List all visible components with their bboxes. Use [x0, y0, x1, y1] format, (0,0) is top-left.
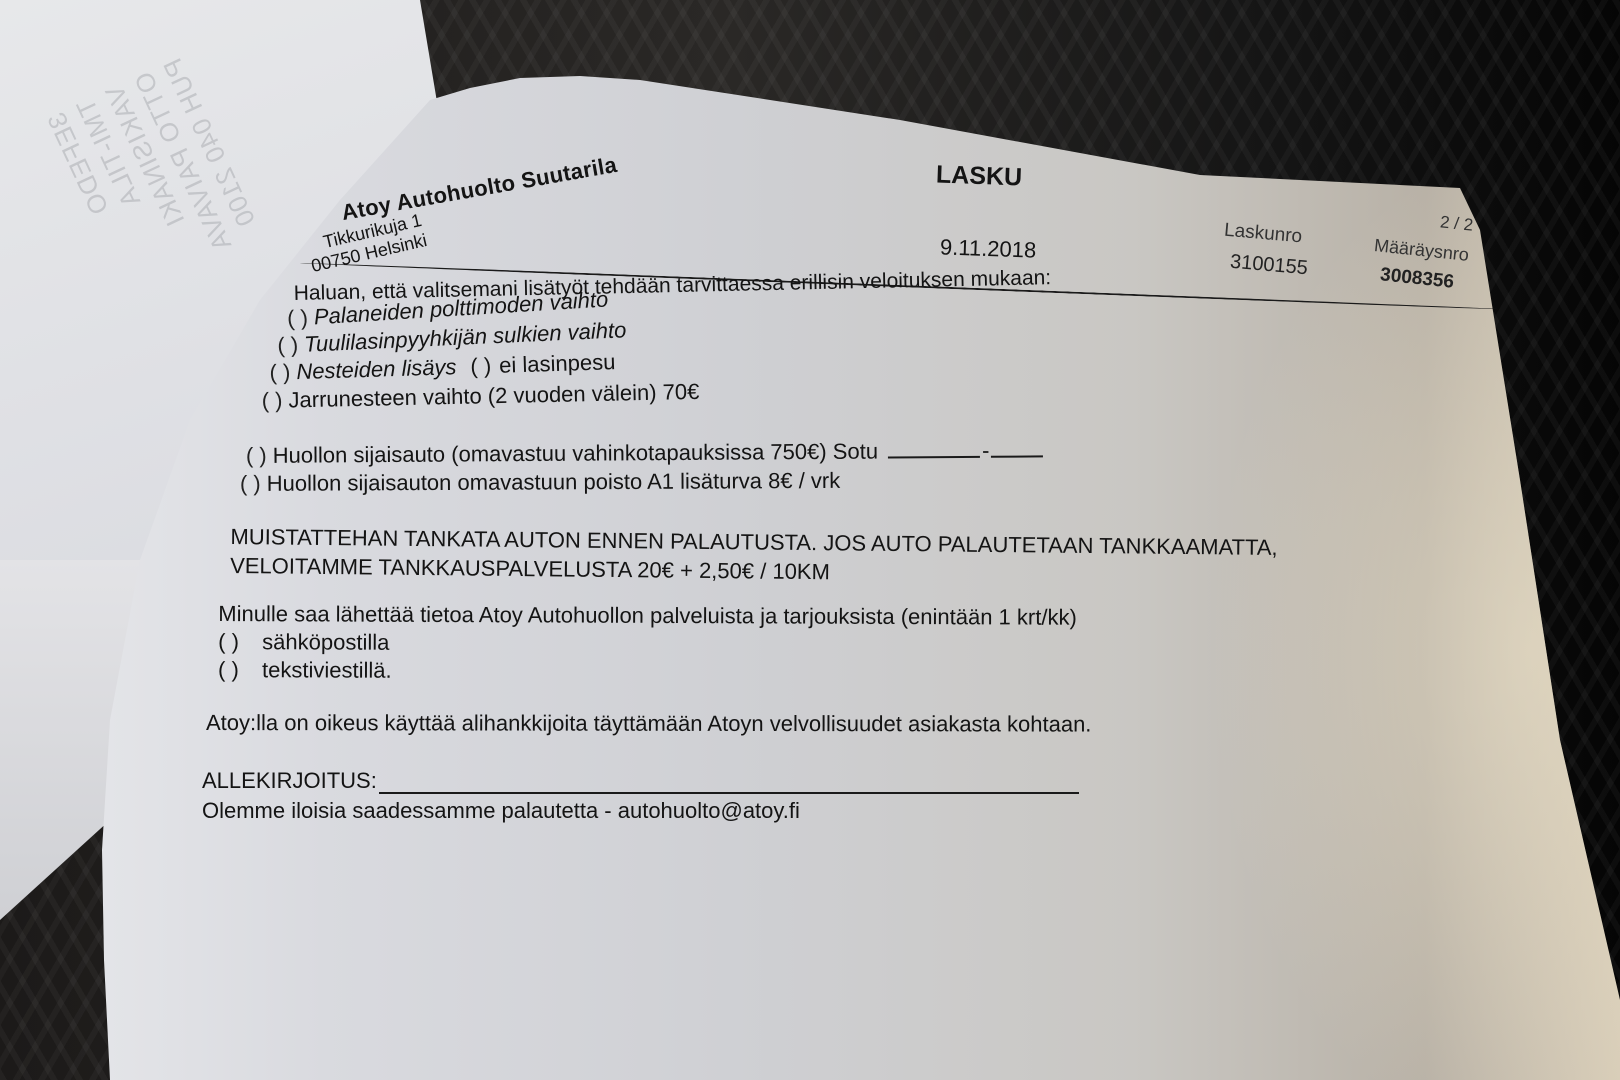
- checkbox[interactable]: ( ): [218, 628, 262, 656]
- marketing-consent-intro: Minulle saa lähettää tietoa Atoy Autohuo…: [218, 600, 1077, 632]
- replacement-car-option[interactable]: ( ) Huollon sijaisauto (omavastuu vahink…: [246, 437, 1044, 469]
- checkbox[interactable]: ( ): [277, 332, 299, 359]
- consent-option-sms[interactable]: ( ) tekstiviestillä.: [218, 656, 1077, 688]
- option-label: sähköpostilla: [262, 628, 389, 657]
- feedback-note: Olemme iloisia saadessamme palautetta - …: [202, 798, 800, 824]
- option-label: Jarrunesteen vaihto (2 vuoden välein) 70…: [288, 379, 699, 414]
- option-label: tekstiviestillä.: [262, 656, 392, 685]
- page-indicator: 2 / 2: [1439, 212, 1474, 235]
- checkbox[interactable]: ( ): [286, 305, 308, 332]
- invoice-date: 9.11.2018: [940, 234, 1037, 263]
- marketing-consent: Minulle saa lähettää tietoa Atoy Autohuo…: [218, 600, 1077, 688]
- order-number-label: Määräysnro: [1373, 235, 1470, 266]
- invoice-number-label: Laskunro: [1223, 220, 1303, 249]
- replacement-car-option[interactable]: ( ) Huollon sijaisauton omavastuun poist…: [240, 468, 840, 497]
- signature-row: ALLEKIRJOITUS:: [202, 768, 1079, 794]
- checkbox[interactable]: ( ): [240, 471, 261, 497]
- option-label-no-washer-fluid: ei lasinpesu: [499, 349, 616, 379]
- invoice-number: 3100155: [1229, 251, 1309, 281]
- document-title: LASKU: [936, 161, 1023, 193]
- signature-field[interactable]: [379, 770, 1079, 794]
- checkbox[interactable]: ( ): [246, 443, 267, 469]
- option-label: Nesteiden lisäys: [296, 354, 457, 385]
- order-number: 3008356: [1379, 264, 1455, 294]
- signature-label: ALLEKIRJOITUS:: [202, 768, 377, 794]
- fuel-notice: MUISTATTEHAN TANKATA AUTON ENNEN PALAUTU…: [230, 522, 1278, 591]
- invoice-content: Atoy Autohuolto Suutarila Tikkurikuja 1 …: [0, 0, 1620, 1080]
- sotu-field-part2[interactable]: [991, 437, 1043, 457]
- checkbox[interactable]: ( ): [261, 388, 282, 414]
- option-label: Huollon sijaisauto (omavastuu vahinkotap…: [273, 439, 879, 469]
- checkbox[interactable]: ( ): [218, 656, 262, 684]
- consent-option-email[interactable]: ( ) sähköpostilla: [218, 628, 1077, 660]
- sotu-field-part1[interactable]: [888, 438, 980, 459]
- option-label: Huollon sijaisauton omavastuun poisto A1…: [267, 468, 841, 497]
- checkbox-no-washer-fluid[interactable]: ( ): [470, 353, 492, 380]
- subcontractor-note: Atoy:lla on oikeus käyttää alihankkijoit…: [206, 710, 1091, 738]
- sotu-separator: -: [982, 438, 990, 464]
- company-name: Atoy Autohuolto Suutarila: [339, 152, 618, 226]
- checkbox[interactable]: ( ): [269, 359, 291, 386]
